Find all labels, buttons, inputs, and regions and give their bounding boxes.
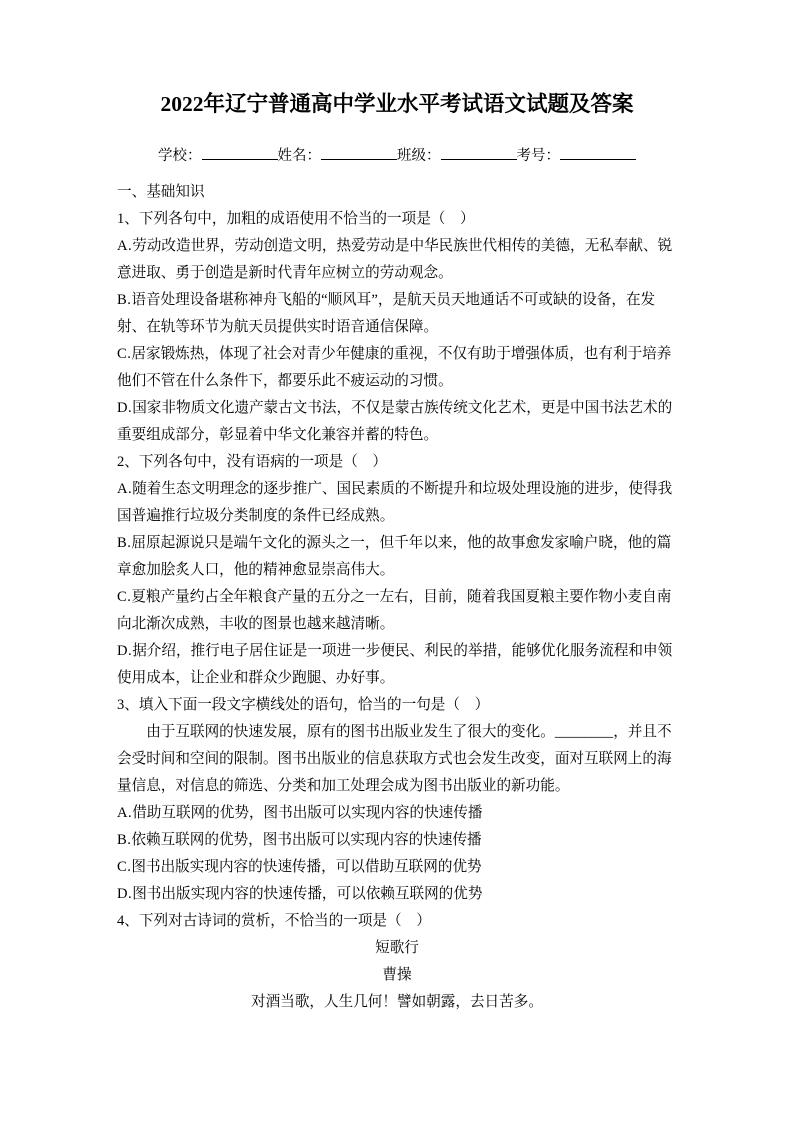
option-c-label: C. [117, 346, 131, 362]
question-3-stem-text: 填入下面一段文字横线处的语句，恰当的一句是（ ） [139, 697, 489, 713]
option-c-text: 居家锻炼热，体现了社会对青少年健康的重视，不仅有助于增强体质，也有利于培养他们不… [117, 346, 671, 389]
question-1-option-d: D.国家非物质文化遗产蒙古文书法，不仅是蒙古族传统文化艺术，更是中国书法艺术的重… [117, 395, 677, 449]
poem-line: 对酒当歌，人生几何！譬如朝露，去日苦多。 [117, 989, 677, 1016]
option-c-label: C. [117, 859, 131, 875]
class-blank-line [441, 145, 517, 160]
question-1-stem-text: 下列各句中，加粗的成语使用不恰当的一项是（ ） [139, 211, 475, 227]
option-d-text: 国家非物质文化遗产蒙古文书法，不仅是蒙古族传统文化艺术，更是中国书法艺术的重要组… [117, 400, 672, 443]
exam-number-label: 考号： [517, 148, 561, 164]
option-a-label: A. [117, 238, 132, 254]
class-label: 班级： [397, 148, 441, 164]
question-1-option-a: A.劳动改造世界，劳动创造文明，热爱劳动是中华民族世代相传的美德，无私奉献、锐意… [117, 233, 677, 287]
question-3-option-b: B.依赖互联网的优势，图书出版可以实现内容的快速传播 [117, 827, 677, 854]
question-1-option-b: B.语音处理设备堪称神舟飞船的“顺风耳”，是航天员天地通话不可或缺的设备，在发射… [117, 287, 677, 341]
option-a-label: A. [117, 805, 132, 821]
name-blank-line [321, 145, 397, 160]
option-b-text: 依赖互联网的优势，图书出版可以实现内容的快速传播 [131, 832, 481, 848]
document-body: 一、基础知识 1、下列各句中，加粗的成语使用不恰当的一项是（ ） A.劳动改造世… [117, 179, 677, 1016]
option-a-text: 借助互联网的优势，图书出版可以实现内容的快速传播 [132, 805, 482, 821]
question-2-number: 2、 [117, 454, 139, 470]
option-b-label: B. [117, 832, 131, 848]
question-1-number: 1、 [117, 211, 139, 227]
option-c-text: 夏粮产量约占全年粮食产量的五分之一左右，目前，随着我国夏粮主要作物小麦自南向北渐… [117, 589, 671, 632]
question-3: 3、填入下面一段文字横线处的语句，恰当的一句是（ ） 由于互联网的快速发展，原有… [117, 692, 677, 908]
question-3-option-a: A.借助互联网的优势，图书出版可以实现内容的快速传播 [117, 800, 677, 827]
question-2-stem-text: 下列各句中，没有语病的一项是（ ） [139, 454, 387, 470]
question-2-option-a: A.随着生态文明理念的逐步推广、国民素质的不断提升和垃圾处理设施的进步，使得我国… [117, 476, 677, 530]
option-c-label: C. [117, 589, 131, 605]
name-label: 姓名： [278, 148, 322, 164]
class-field: 班级： [397, 145, 517, 166]
option-d-text: 据介绍，推行电子居住证是一项进一步便民、利民的举措，能够优化服务流程和申领使用成… [117, 643, 672, 686]
question-2-stem: 2、下列各句中，没有语病的一项是（ ） [117, 449, 677, 476]
question-3-option-c: C.图书出版实现内容的快速传播，可以借助互联网的优势 [117, 854, 677, 881]
option-a-text: 劳动改造世界，劳动创造文明，热爱劳动是中华民族世代相传的美德，无私奉献、锐意进取… [117, 238, 672, 281]
student-info-row: 学校：姓名：班级：考号： [117, 145, 677, 166]
question-4-stem-text: 下列对古诗词的赏析，不恰当的一项是（ ） [139, 913, 431, 929]
option-b-text: 屈原起源说只是端午文化的源头之一，但千年以来，他的故事愈发家喻户晓，他的篇章愈加… [117, 535, 671, 578]
question-2: 2、下列各句中，没有语病的一项是（ ） A.随着生态文明理念的逐步推广、国民素质… [117, 449, 677, 692]
question-3-passage: 由于互联网的快速发展，原有的图书出版业发生了很大的变化。________，并且不… [117, 719, 677, 800]
question-1-option-c: C.居家锻炼热，体现了社会对青少年健康的重视，不仅有助于增强体质，也有利于培养他… [117, 341, 677, 395]
option-d-label: D. [117, 643, 132, 659]
exam-number-blank-line [560, 145, 636, 160]
exam-number-field: 考号： [517, 145, 637, 166]
section-heading: 一、基础知识 [117, 179, 677, 206]
question-4: 4、下列对古诗词的赏析，不恰当的一项是（ ） 短歌行 曹操 对酒当歌，人生几何！… [117, 908, 677, 1016]
option-d-text: 图书出版实现内容的快速传播，可以依赖互联网的优势 [132, 886, 482, 902]
question-1-stem: 1、下列各句中，加粗的成语使用不恰当的一项是（ ） [117, 206, 677, 233]
question-4-number: 4、 [117, 913, 139, 929]
option-a-label: A. [117, 481, 132, 497]
exam-document-page: 2022年辽宁普通高中学业水平考试语文试题及答案 学校：姓名：班级：考号： 一、… [0, 0, 794, 1123]
school-field: 学校： [158, 145, 278, 166]
poem-author: 曹操 [117, 962, 677, 989]
option-b-label: B. [117, 292, 131, 308]
question-4-stem: 4、下列对古诗词的赏析，不恰当的一项是（ ） [117, 908, 677, 935]
question-1: 1、下列各句中，加粗的成语使用不恰当的一项是（ ） A.劳动改造世界，劳动创造文… [117, 206, 677, 449]
school-label: 学校： [158, 148, 202, 164]
option-b-label: B. [117, 535, 131, 551]
question-3-stem: 3、填入下面一段文字横线处的语句，恰当的一句是（ ） [117, 692, 677, 719]
question-3-option-d: D.图书出版实现内容的快速传播，可以依赖互联网的优势 [117, 881, 677, 908]
option-c-text: 图书出版实现内容的快速传播，可以借助互联网的优势 [131, 859, 481, 875]
document-title: 2022年辽宁普通高中学业水平考试语文试题及答案 [117, 90, 677, 118]
option-a-text: 随着生态文明理念的逐步推广、国民素质的不断提升和垃圾处理设施的进步，使得我国普遍… [117, 481, 672, 524]
poem-title: 短歌行 [117, 935, 677, 962]
school-blank-line [202, 145, 278, 160]
question-3-number: 3、 [117, 697, 139, 713]
option-b-text: 语音处理设备堪称神舟飞船的“顺风耳”，是航天员天地通话不可或缺的设备，在发射、在… [117, 292, 655, 335]
question-2-option-c: C.夏粮产量约占全年粮食产量的五分之一左右，目前，随着我国夏粮主要作物小麦自南向… [117, 584, 677, 638]
option-d-label: D. [117, 886, 132, 902]
name-field: 姓名： [278, 145, 398, 166]
question-2-option-b: B.屈原起源说只是端午文化的源头之一，但千年以来，他的故事愈发家喻户晓，他的篇章… [117, 530, 677, 584]
option-d-label: D. [117, 400, 132, 416]
question-2-option-d: D.据介绍，推行电子居住证是一项进一步便民、利民的举措，能够优化服务流程和申领使… [117, 638, 677, 692]
